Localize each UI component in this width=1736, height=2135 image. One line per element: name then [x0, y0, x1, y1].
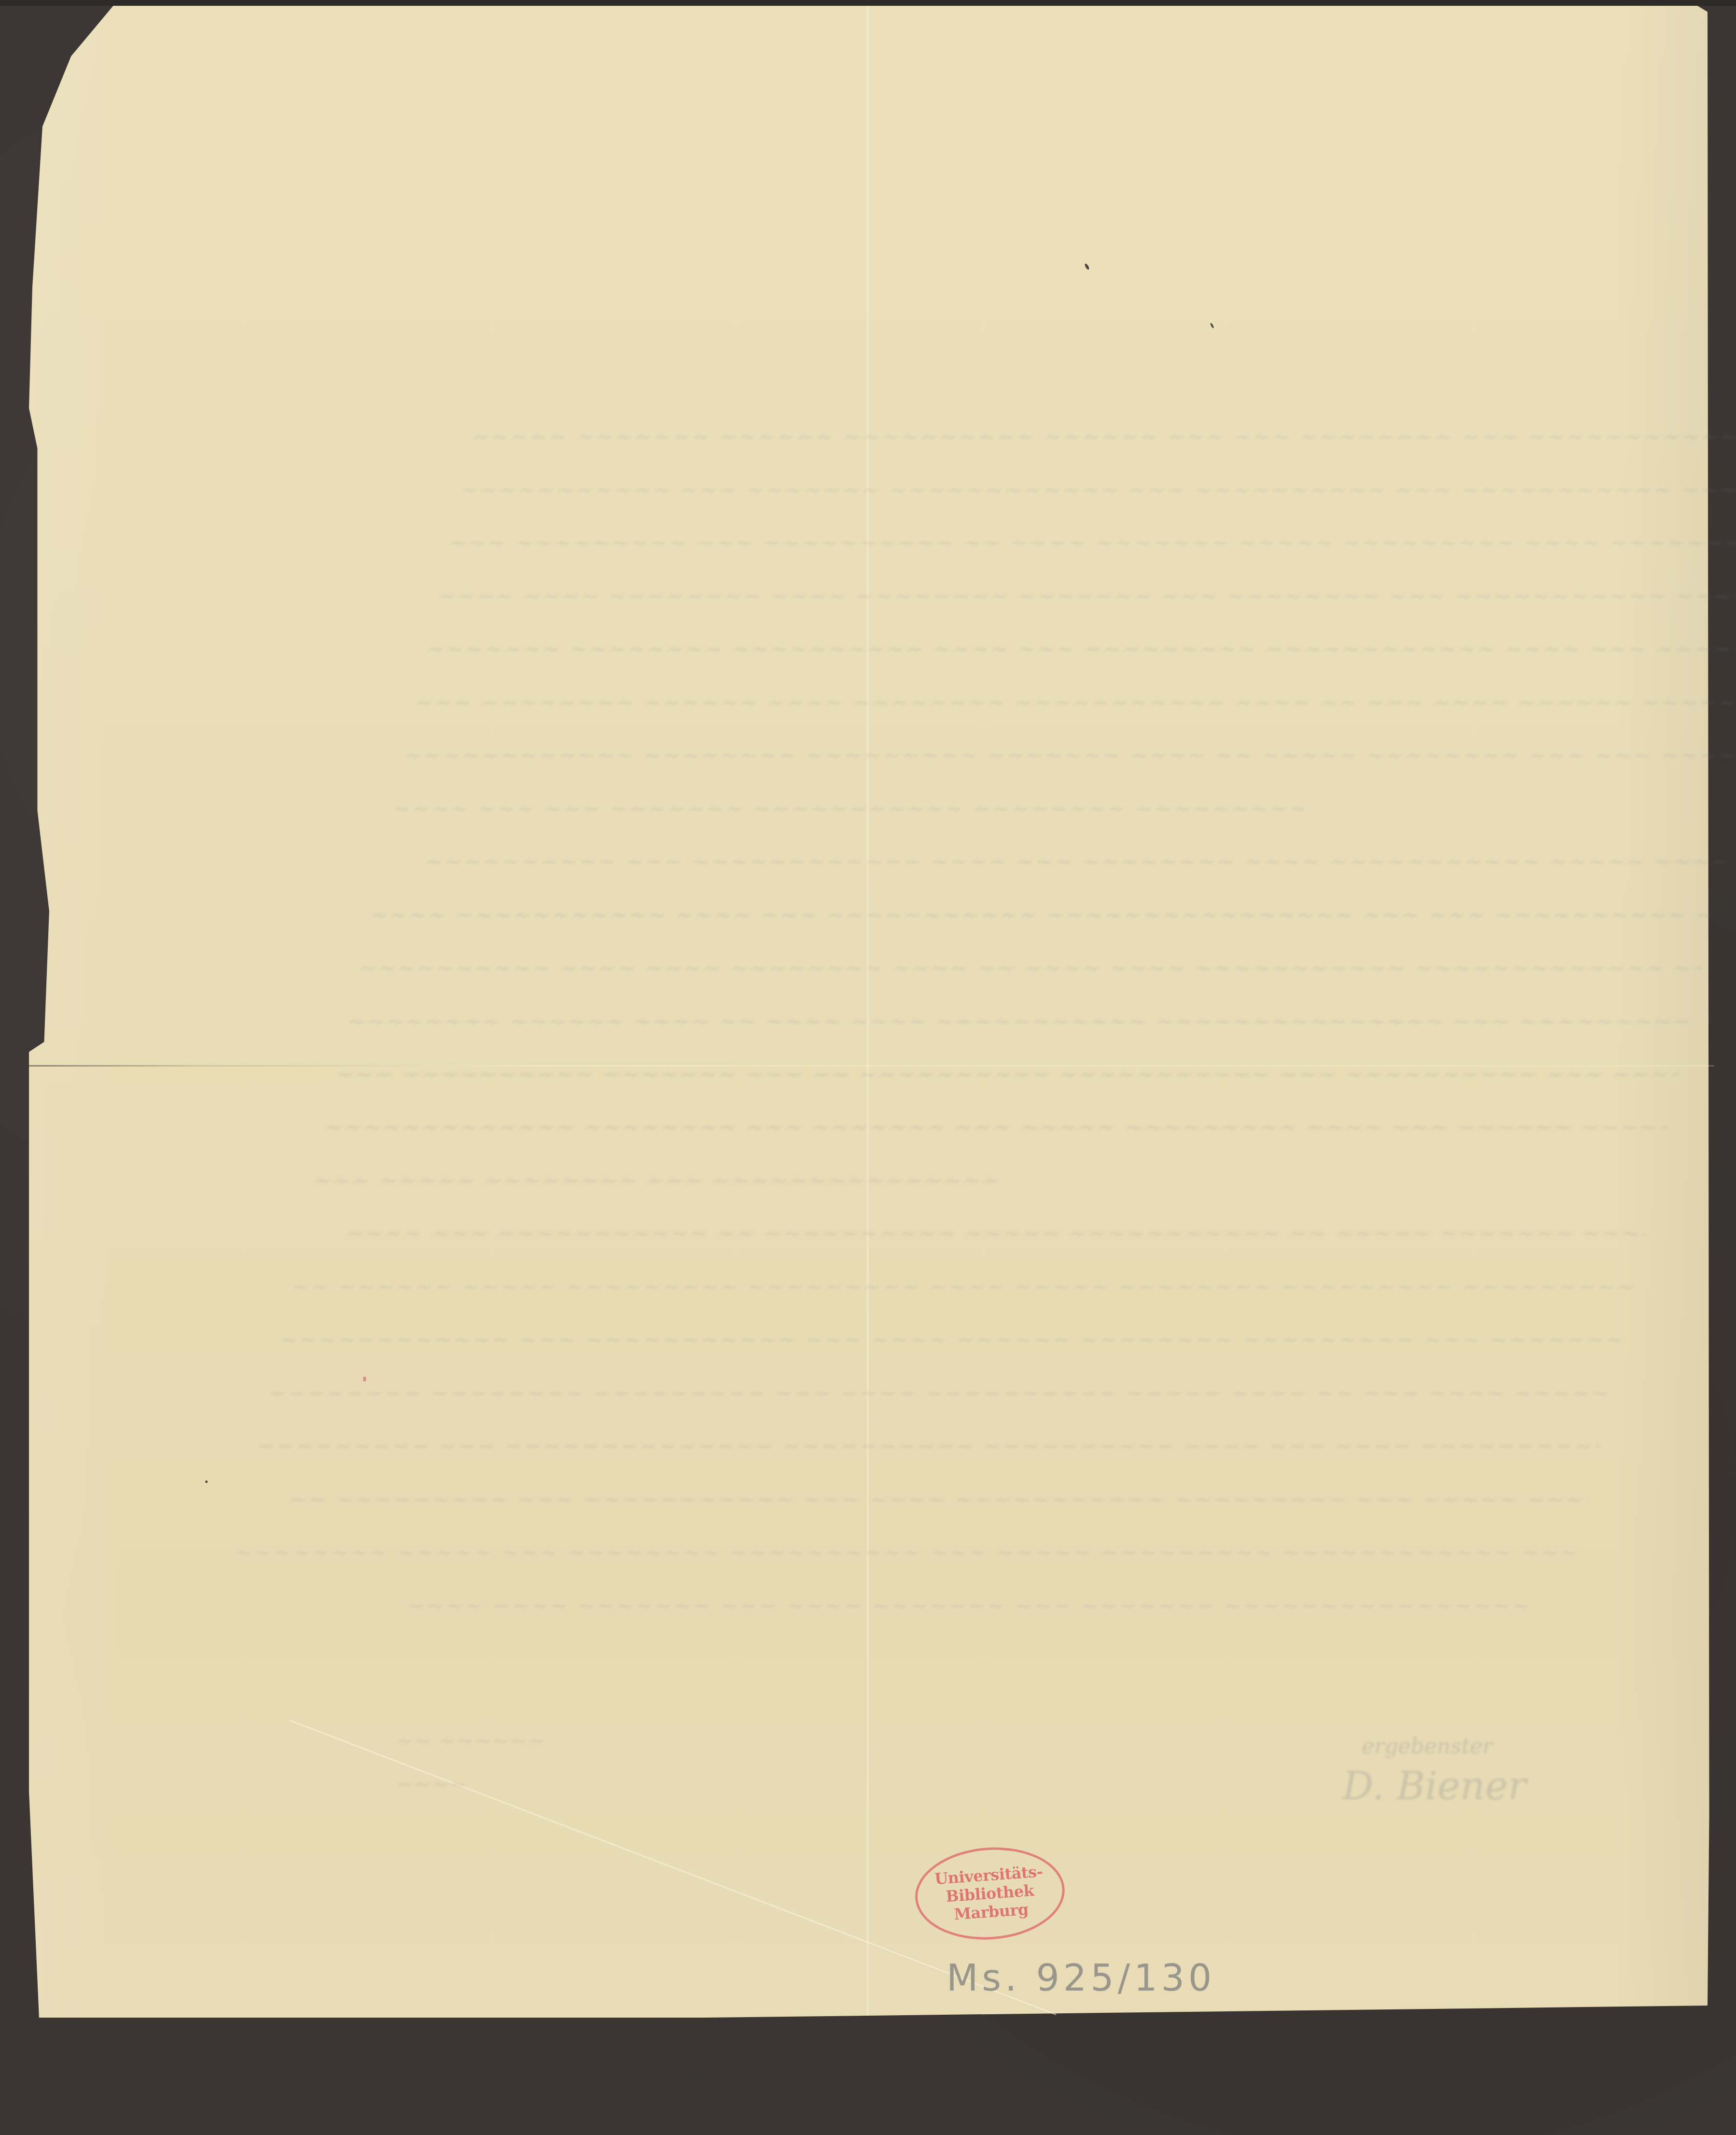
bleed-line: ~~~~~~~~~~~~ ~~~ ~~~~~~~~~~~ ~~~ ~~~~ ~~…	[274, 1314, 1628, 1367]
bleed-line: ~~~~~~~~~~ ~~~~ ~~~~ ~~~~~~~~ ~~~~ ~~ ~~…	[353, 942, 1707, 995]
date-line: ~~ ~~~~~~	[396, 1720, 545, 1763]
bleed-line: ~~~ ~~~~~ ~~~~~~~~ ~~~ ~~~~~~~~~~~~~~~	[308, 1154, 1662, 1208]
bleed-line: ~~~~ ~~~~ ~~~~~~~ ~~~ ~~~~ ~~~~~~~ ~~~ ~…	[218, 1580, 1571, 1633]
bleed-line: ~~~ ~~~~~~~~~ ~~~ ~~~~~~~~~~ ~~ ~~~~ ~~~…	[444, 517, 1736, 570]
bleed-line: ~~~~ ~~~ ~~~ ~~~~~~~ ~~~~~~~~~~~ ~~~~~~~…	[387, 783, 1736, 836]
bleed-line: ~~~~~~~~~ ~~~ ~~~~~~~~~~~~~~ ~~~~~~~~~~ …	[252, 1420, 1605, 1473]
bleed-line: ~~~~~~~~~~~~ ~~~~~~~~ ~~~~~~~~~ ~~~~~~~ …	[398, 729, 1736, 783]
bleed-line: ~~~~~~~ ~~~~~~~~ ~~~~~~~~~~ ~~~~ ~~~ ~~~…	[421, 623, 1736, 676]
bleed-line: ~~~~~~~~ ~~~~~~~~ ~~~~~~~~~ ~~~ ~~~~ ~~~…	[263, 1367, 1617, 1420]
bleed-line: ~~~ ~~~~~~~~ ~~~~~~ ~~~~ ~~~~~~~~ ~~~~~~…	[410, 676, 1736, 729]
ink-speck	[205, 1480, 208, 1483]
bleed-line: ~~~~~~~~~~~~~ ~~~~~~~~ ~~~ ~~~~~~~ ~~~ ~…	[320, 1101, 1673, 1154]
bleed-line: ~~ ~~~~~~ ~~~~~ ~~~~~~~~~ ~~~~~~~~~ ~~~~…	[285, 1261, 1639, 1314]
signature-block: ergebenster D. Biener	[1342, 1734, 1526, 1808]
bleed-line: ~~ ~~~~~~~~~ ~~~ ~~~~~~~~~~~ ~~~ ~~~~ ~~…	[240, 1473, 1594, 1526]
scan-top-edge	[0, 0, 1736, 6]
signature-closing: ergebenster	[1362, 1734, 1526, 1759]
bleed-line: ~~~~~~~~~~ ~~~ ~~~~~~~~~~~~ ~~~~ ~~~ ~~~…	[376, 836, 1729, 889]
date-block-bleed: ~~ ~~~~~~~~~~	[396, 1720, 545, 1807]
bleed-line: ~~~~ ~~~~~~~~~~~ ~~~~ ~~~ ~~~~~~~~~~~ ~~…	[365, 889, 1718, 942]
bleed-line: ~~~~~~~~ ~~~~~~ ~~~~ ~~ ~~~~ ~~~~ ~~~~~~…	[342, 995, 1695, 1048]
bleed-line: ~~~ ~~~~~~~~~~ ~~~~~~~ ~~~ ~~ ~~~~~~~~~~…	[331, 1048, 1684, 1101]
bleed-line: ~~~~~ ~~~~~~~ ~~~~~~ ~~~~~~~~~~ ~~~~~~ ~…	[466, 411, 1736, 464]
bleed-line: ~~~~ ~~~ ~~~~~~~~~~~ ~~ ~~~~~~~~~~ ~~~~~…	[297, 1208, 1651, 1261]
signature-name: D. Biener	[1342, 1764, 1526, 1808]
date-line: ~~~~	[396, 1763, 545, 1807]
bleed-line: ~~~~~~~~~~~ ~~~ ~~~~~~~ ~~~~~~~~~~~~ ~~~…	[455, 464, 1736, 517]
bleed-line: ~~~~ ~~~~ ~~~~~~~~ ~~~~ ~~~~~~~~ ~~~~~~~…	[432, 570, 1736, 623]
bleed-through-text: ~~~~~ ~~~~~~~ ~~~~~~ ~~~~~~~~~~ ~~~~~~ ~…	[218, 411, 1736, 1633]
bleed-line: ~~~~~~~~ ~~~~~ ~~~ ~~~~~~~~ ~~~~~~~~~~ ~…	[229, 1526, 1582, 1580]
shelfmark: Ms. 925/130	[946, 1956, 1215, 1999]
